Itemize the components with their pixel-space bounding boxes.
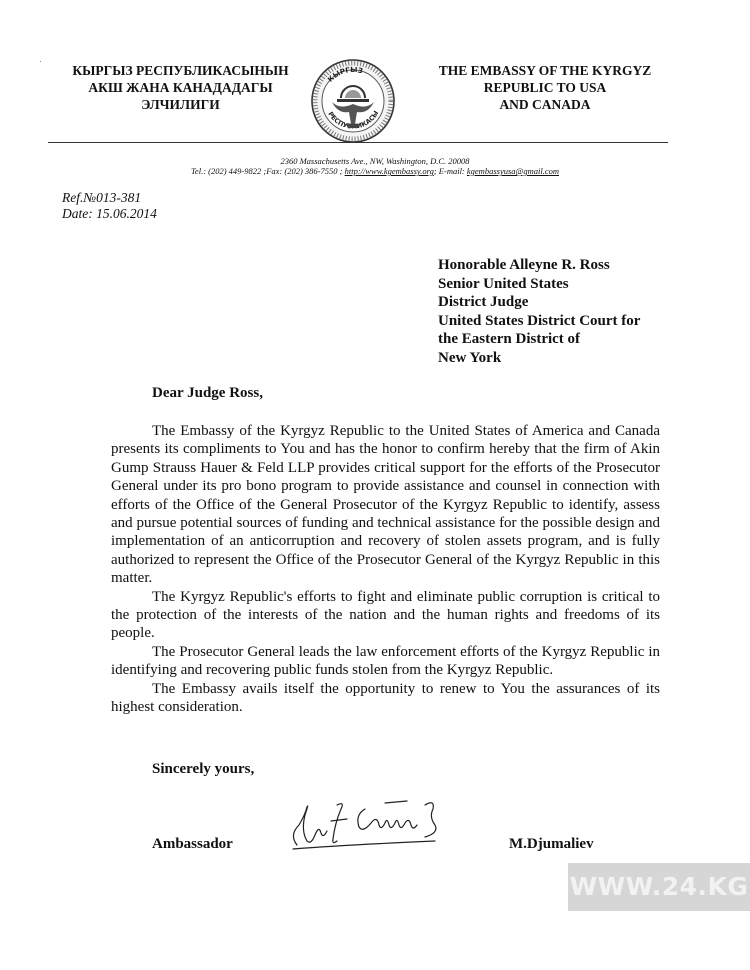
recipient-line: Honorable Alleyne R. Ross [438,256,640,275]
recipient-line: the Eastern District of [438,330,640,349]
embassy-address-block: 2360 Massachusetts Ave., NW, Washington,… [100,156,650,176]
body-paragraph: The Kyrgyz Republic's efforts to fight a… [111,588,660,643]
letter-date: Date: 15.06.2014 [62,206,157,222]
body-paragraph: The Embassy avails itself the opportunit… [111,680,660,717]
letterhead-kyrgyz-line: ЭЛЧИЛИГИ [58,96,303,113]
letterhead-kyrgyz-line: КЫРГЫЗ РЕСПУБЛИКАСЫНЫН [58,62,303,79]
embassy-address: 2360 Massachusetts Ave., NW, Washington,… [100,156,650,166]
state-emblem-icon: КЫРГЫЗ РЕСПУБЛИКАСЫ [310,58,396,144]
letter-body: The Embassy of the Kyrgyz Republic to th… [111,422,660,717]
scan-speck [40,61,41,62]
watermark-badge: WWW.24.KG [568,863,750,911]
letterhead-english-line: AND CANADA [420,96,670,113]
email-link[interactable]: kgembassyusa@gmail.com [467,166,559,176]
signatory-title: Ambassador [152,836,233,853]
letterhead-divider [48,142,668,143]
letterhead-kyrgyz-line: АКШ ЖАНА КАНАДАДАГЫ [58,79,303,96]
reference-block: Ref.№013-381 Date: 15.06.2014 [62,190,157,222]
closing: Sincerely yours, [152,761,254,778]
recipient-block: Honorable Alleyne R. Ross Senior United … [438,256,640,368]
letterhead-english: THE EMBASSY OF THE KYRGYZ REPUBLIC TO US… [420,62,670,113]
letterhead-english-line: THE EMBASSY OF THE KYRGYZ [420,62,670,79]
salutation: Dear Judge Ross, [152,385,263,402]
email-label: ; E-mail: [434,166,467,176]
body-paragraph: The Embassy of the Kyrgyz Republic to th… [111,422,660,588]
recipient-line: New York [438,349,640,368]
embassy-contacts: Tel.: (202) 449-9822 ;Fax: (202) 386-755… [100,166,650,176]
reference-number: Ref.№013-381 [62,190,157,206]
body-paragraph: The Prosecutor General leads the law enf… [111,643,660,680]
recipient-line: United States District Court for [438,312,640,331]
tel-fax: Tel.: (202) 449-9822 ;Fax: (202) 386-755… [191,166,345,176]
signature-icon [285,795,450,855]
letterhead-english-line: REPUBLIC TO USA [420,79,670,96]
website-link[interactable]: http://www.kgembassy.org [345,166,434,176]
recipient-line: Senior United States [438,275,640,294]
recipient-line: District Judge [438,293,640,312]
letterhead-kyrgyz: КЫРГЫЗ РЕСПУБЛИКАСЫНЫН АКШ ЖАНА КАНАДАДА… [58,62,303,113]
signatory-name: M.Djumaliev [509,836,594,853]
